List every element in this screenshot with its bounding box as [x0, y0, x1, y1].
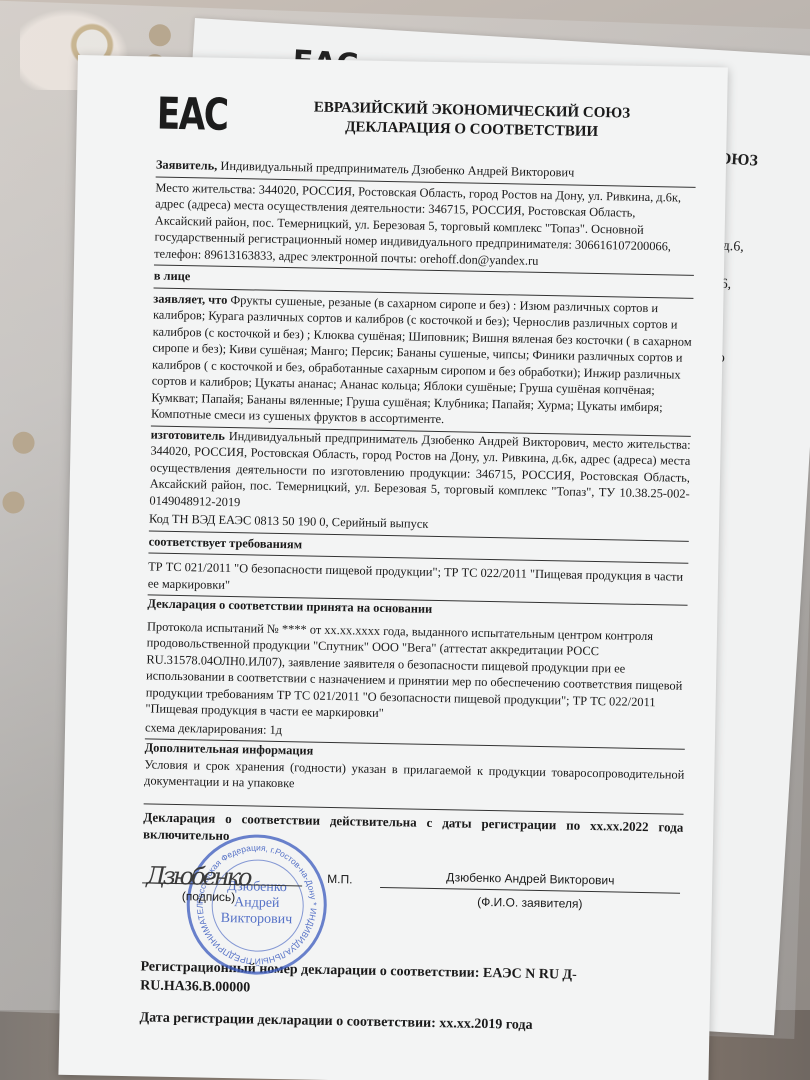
declaration-sheet: EAC ЕВРАЗИЙСКИЙ ЭКОНОМИЧЕСКИЙ СОЮЗ ДЕКЛА…: [58, 55, 727, 1080]
document-titles: ЕВРАЗИЙСКИЙ ЭКОНОМИЧЕСКИЙ СОЮЗ ДЕКЛАРАЦИ…: [236, 97, 697, 145]
registration-date: Дата регистрации декларации о соответств…: [139, 1010, 679, 1039]
applicant-value: Индивидуальный предприниматель Дзюбенко …: [217, 159, 574, 180]
stamp-patronymic: Викторович: [189, 911, 323, 930]
seal-label: М.П.: [327, 872, 353, 888]
eac-logo: EAC: [156, 93, 219, 138]
applicant-address: Место жительства: 344020, РОССИЯ, Ростов…: [154, 177, 696, 276]
punch-hole: [2, 491, 25, 514]
manufacturer-value: Индивидуальный предприниматель Дзюбенко …: [149, 428, 690, 508]
applicant-label: Заявитель,: [156, 158, 218, 173]
declaration-content: EAC ЕВРАЗИЙСКИЙ ЭКОНОМИЧЕСКИЙ СОЮЗ ДЕКЛА…: [139, 93, 697, 1039]
signature-caption: (подпись): [182, 889, 236, 906]
manufacturer-block: изготовитель Индивидуальный предпринимат…: [149, 426, 690, 519]
basis-value: Протокола испытаний № **** от xx.xx.xxxx…: [145, 612, 687, 727]
signature-row: Российская Федерация, г.Ростов-на-Дону *…: [141, 854, 682, 944]
declares-label: заявляет, что: [153, 291, 227, 306]
punch-hole: [149, 24, 172, 47]
document-header: EAC ЕВРАЗИЙСКИЙ ЭКОНОМИЧЕСКИЙ СОЮЗ ДЕКЛА…: [156, 93, 697, 147]
products-list: Фрукты сушеные, резаные (в сахарном сиро…: [151, 292, 692, 426]
signer-caption: (Ф.И.О. заявителя): [380, 893, 680, 915]
declares-block: заявляет, что Фрукты сушеные, резаные (в…: [151, 288, 694, 436]
manufacturer-label: изготовитель: [151, 427, 225, 442]
punch-hole: [12, 431, 35, 454]
